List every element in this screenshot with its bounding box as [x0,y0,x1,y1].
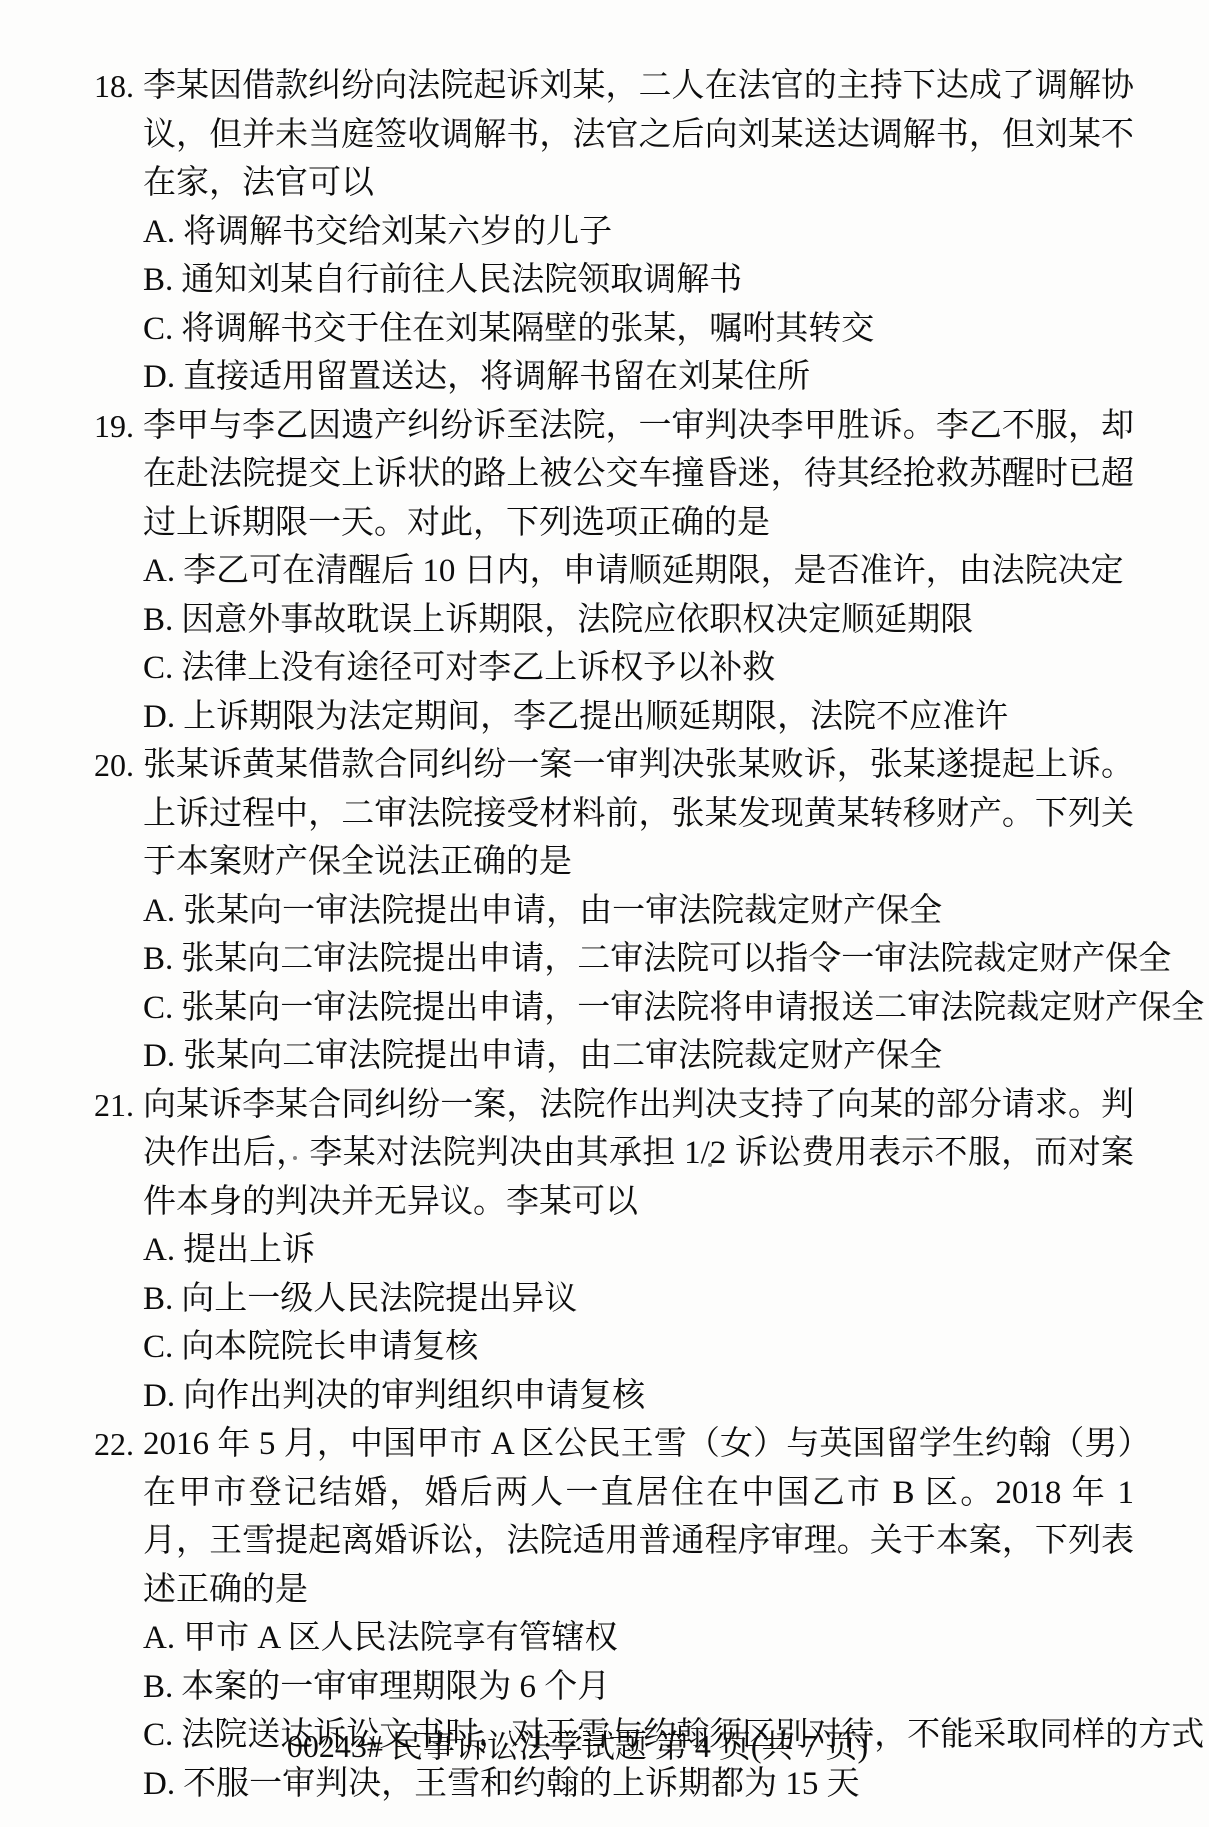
option-text: 法律上没有途径可对李乙上诉权予以补救 [181,644,775,693]
question-body: 张某诉黄某借款合同纠纷一案一审判决张某败诉，张某遂提起上诉。上诉过程中，二审法院… [143,741,1134,1081]
option-text: 通知刘某自行前往人民法院领取调解书 [181,256,742,305]
question-number: 22. [94,1420,143,1469]
option-text: 将调解书交给刘某六岁的儿子 [183,208,612,257]
question-stem: 向某诉李某合同纠纷一案，法院作出判决支持了向某的部分请求。判决作出后，李某对法院… [143,1081,1134,1227]
option-text: 提出上诉 [183,1226,315,1275]
option-label: C. [143,1323,173,1372]
option-label: B. [143,1663,173,1712]
option-label: C. [143,644,173,693]
question-stem: 李甲与李乙因遗产纠纷诉至法院，一审判决李甲胜诉。李乙不服，却在赴法院提交上诉状的… [143,402,1134,548]
option-label: A. [143,208,175,257]
option-A: A. 张某向一审法院提出申请，由一审法院裁定财产保全 [143,887,1134,936]
question-21: 21. 向某诉李某合同纠纷一案，法院作出判决支持了向某的部分请求。判决作出后，李… [94,1081,1134,1421]
option-text: 直接适用留置送达，将调解书留在刘某住所 [183,353,810,402]
option-C: C. 向本院院长申请复核 [143,1323,1134,1372]
option-text: 向作出判决的审判组织申请复核 [183,1372,645,1421]
option-C: C. 将调解书交于住在刘某隔壁的张某，嘱咐其转交 [143,305,1134,354]
question-stem: 张某诉黄某借款合同纠纷一案一审判决张某败诉，张某遂提起上诉。上诉过程中，二审法院… [143,741,1134,887]
exam-paper-page: 18. 李某因借款纠纷向法院起诉刘某，二人在法官的主持下达成了调解协议，但并未当… [0,0,1209,1827]
question-18: 18. 李某因借款纠纷向法院起诉刘某，二人在法官的主持下达成了调解协议，但并未当… [94,62,1134,402]
question-number: 18. [94,62,143,111]
option-label: D. [143,1032,175,1081]
option-A: A. 将调解书交给刘某六岁的儿子 [143,208,1134,257]
option-label: A. [143,1226,175,1275]
question-body: 向某诉李某合同纠纷一案，法院作出判决支持了向某的部分请求。判决作出后，李某对法院… [143,1081,1134,1421]
option-A: A. 李乙可在清醒后 10 日内，申请顺延期限，是否准许，由法院决定 [143,547,1134,596]
option-D: D. 张某向二审法院提出申请，由二审法院裁定财产保全 [143,1032,1134,1081]
option-text: 上诉期限为法定期间，李乙提出顺延期限，法院不应准许 [183,693,1008,742]
option-label: A. [143,547,175,596]
option-text: 本案的一审审理期限为 6 个月 [181,1663,610,1712]
question-number: 20. [94,741,143,790]
option-B: B. 向上一级人民法院提出异议 [143,1275,1134,1324]
questions-area: 18. 李某因借款纠纷向法院起诉刘某，二人在法官的主持下达成了调解协议，但并未当… [94,62,1134,1808]
option-B: B. 本案的一审审理期限为 6 个月 [143,1663,1134,1712]
option-D: D. 上诉期限为法定期间，李乙提出顺延期限，法院不应准许 [143,693,1134,742]
option-A: A. 提出上诉 [143,1226,1134,1275]
question-body: 李某因借款纠纷向法院起诉刘某，二人在法官的主持下达成了调解协议，但并未当庭签收调… [143,62,1134,402]
option-label: B. [143,1275,173,1324]
scan-speck [293,1156,297,1160]
option-text: 因意外事故耽误上诉期限，法院应依职权决定顺延期限 [181,596,973,645]
option-label: D. [143,1372,175,1421]
option-B: B. 张某向二审法院提出申请，二审法院可以指令一审法院裁定财产保全 [143,935,1134,984]
option-D: D. 直接适用留置送达，将调解书留在刘某住所 [143,353,1134,402]
option-label: B. [143,596,173,645]
option-A: A. 甲市 A 区人民法院享有管辖权 [143,1614,1134,1663]
option-C: C. 张某向一审法院提出申请，一审法院将申请报送二审法院裁定财产保全 [143,984,1134,1033]
option-text: 向上一级人民法院提出异议 [181,1275,577,1324]
question-20: 20. 张某诉黄某借款合同纠纷一案一审判决张某败诉，张某遂提起上诉。上诉过程中，… [94,741,1134,1081]
option-label: C. [143,984,173,1033]
option-text: 张某向二审法院提出申请，二审法院可以指令一审法院裁定财产保全 [181,935,1171,984]
option-C: C. 法律上没有途径可对李乙上诉权予以补救 [143,644,1134,693]
page-footer: 00243# 民事诉讼法学试题 第 4 页(共 7 页) [0,1722,1182,1770]
option-label: A. [143,887,175,936]
option-text: 向本院院长申请复核 [181,1323,478,1372]
option-label: B. [143,256,173,305]
question-number: 19. [94,402,143,451]
option-label: D. [143,693,175,742]
option-text: 李乙可在清醒后 10 日内，申请顺延期限，是否准许，由法院决定 [183,547,1124,596]
option-label: A. [143,1614,175,1663]
option-label: C. [143,305,173,354]
option-text: 张某向二审法院提出申请，由二审法院裁定财产保全 [183,1032,942,1081]
question-19: 19. 李甲与李乙因遗产纠纷诉至法院，一审判决李甲胜诉。李乙不服，却在赴法院提交… [94,402,1134,742]
question-number: 21. [94,1081,143,1130]
option-B: B. 因意外事故耽误上诉期限，法院应依职权决定顺延期限 [143,596,1134,645]
option-D: D. 向作出判决的审判组织申请复核 [143,1372,1134,1421]
option-label: D. [143,353,175,402]
option-text: 张某向一审法院提出申请，由一审法院裁定财产保全 [183,887,942,936]
option-label: B. [143,935,173,984]
question-body: 李甲与李乙因遗产纠纷诉至法院，一审判决李甲胜诉。李乙不服，却在赴法院提交上诉状的… [143,402,1134,742]
scan-speck [1045,1159,1049,1163]
option-text: 张某向一审法院提出申请，一审法院将申请报送二审法院裁定财产保全 [181,984,1204,1033]
scan-speck [708,1163,712,1167]
option-text: 甲市 A 区人民法院享有管辖权 [183,1614,618,1663]
option-text: 将调解书交于住在刘某隔壁的张某，嘱咐其转交 [181,305,874,354]
question-stem: 李某因借款纠纷向法院起诉刘某，二人在法官的主持下达成了调解协议，但并未当庭签收调… [143,62,1134,208]
question-stem: 2016 年 5 月，中国甲市 A 区公民王雪（女）与英国留学生约翰（男）在甲市… [143,1420,1134,1614]
option-B: B. 通知刘某自行前往人民法院领取调解书 [143,256,1134,305]
